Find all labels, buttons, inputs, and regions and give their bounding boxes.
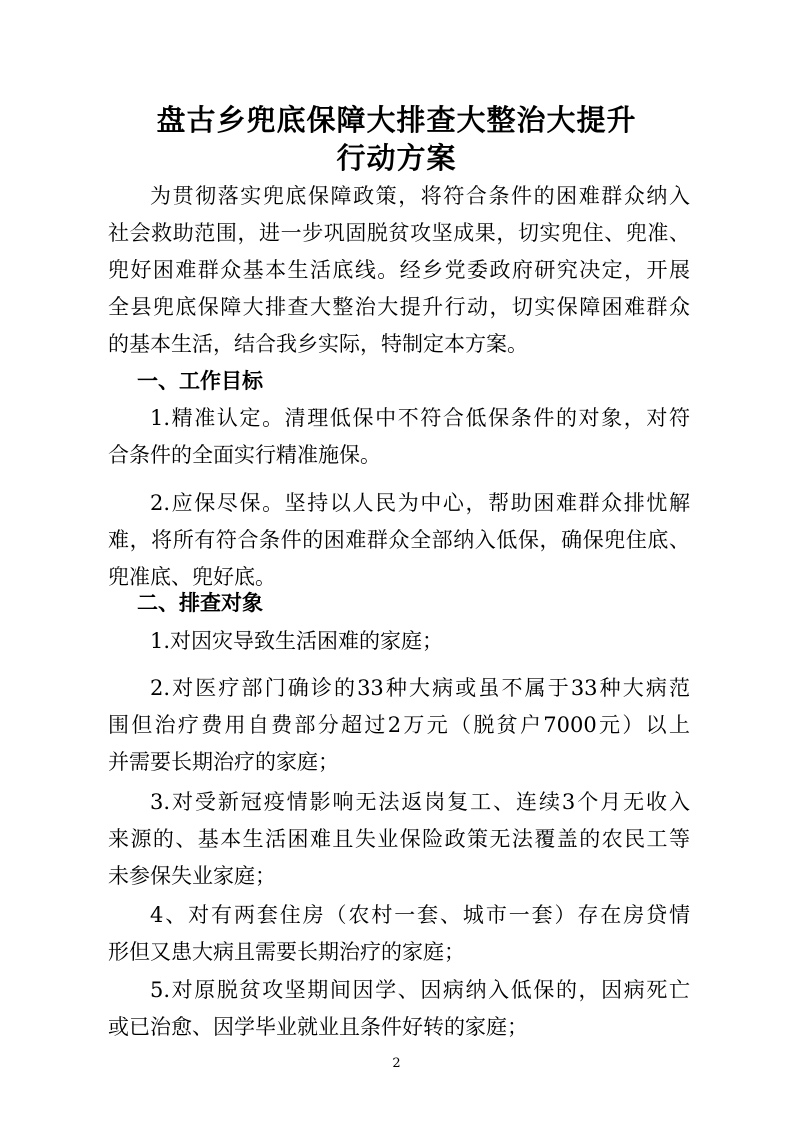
target-item-line: 1.对因灾导致生活困难的家庭； [150,626,690,656]
target-item-line: 5.对原脱贫攻坚期间因学、因病纳入低保的，因病死亡 [150,975,690,1005]
document-title-line-1: 盘古乡兜底保障大排查大整治大提升 [0,98,793,139]
target-item-line: 形但又患大病且需要长期治疗的家庭； [108,937,690,967]
target-item-line: 3.对受新冠疫情影响无法返岗复工、连续3个月无收入 [150,787,690,817]
intro-line: 兜好困难群众基本生活底线。经乡党委政府研究决定，开展 [108,255,690,285]
target-item-line: 4、对有两套住房（农村一套、城市一套）存在房贷情 [150,900,690,930]
page-number: 2 [0,1056,793,1071]
goal-item-line: 合条件的全面实行精准施保。 [108,440,690,470]
target-item-line: 2.对医疗部门确诊的33种大病或虽不属于33种大病范 [150,673,690,703]
goal-item-line: 2.应保尽保。坚持以人民为中心，帮助困难群众排忧解 [150,488,690,518]
intro-line: 的基本生活，结合我乡实际，特制定本方案。 [108,329,690,359]
document-page: 盘古乡兜底保障大排查大整治大提升 行动方案 为贯彻落实兜底保障政策，将符合条件的… [0,0,793,1122]
target-item-line: 未参保失业家庭； [108,861,690,891]
target-item-line: 围但治疗费用自费部分超过2万元（脱贫户7000元）以上 [108,710,690,740]
goal-item-line: 难，将所有符合条件的困难群众全部纳入低保，确保兜住底、 [108,525,690,555]
target-item-line: 或已治愈、因学毕业就业且条件好转的家庭； [108,1012,690,1042]
section-heading-work-goals: 一、工作目标 [137,366,263,396]
intro-line: 全县兜底保障大排查大整治大提升行动，切实保障困难群众 [108,292,690,322]
section-heading-screening-targets: 二、排查对象 [137,588,263,618]
intro-line: 为贯彻落实兜底保障政策，将符合条件的困难群众纳入 [150,181,690,211]
target-item-line: 并需要长期治疗的家庭； [108,747,690,777]
goal-item-line: 1.精准认定。清理低保中不符合低保条件的对象，对符 [150,403,690,433]
intro-line: 社会救助范围，进一步巩固脱贫攻坚成果，切实兜住、兜准、 [108,218,690,248]
document-title-line-2: 行动方案 [0,136,793,177]
target-item-line: 来源的、基本生活困难且失业保险政策无法覆盖的农民工等 [108,824,690,854]
